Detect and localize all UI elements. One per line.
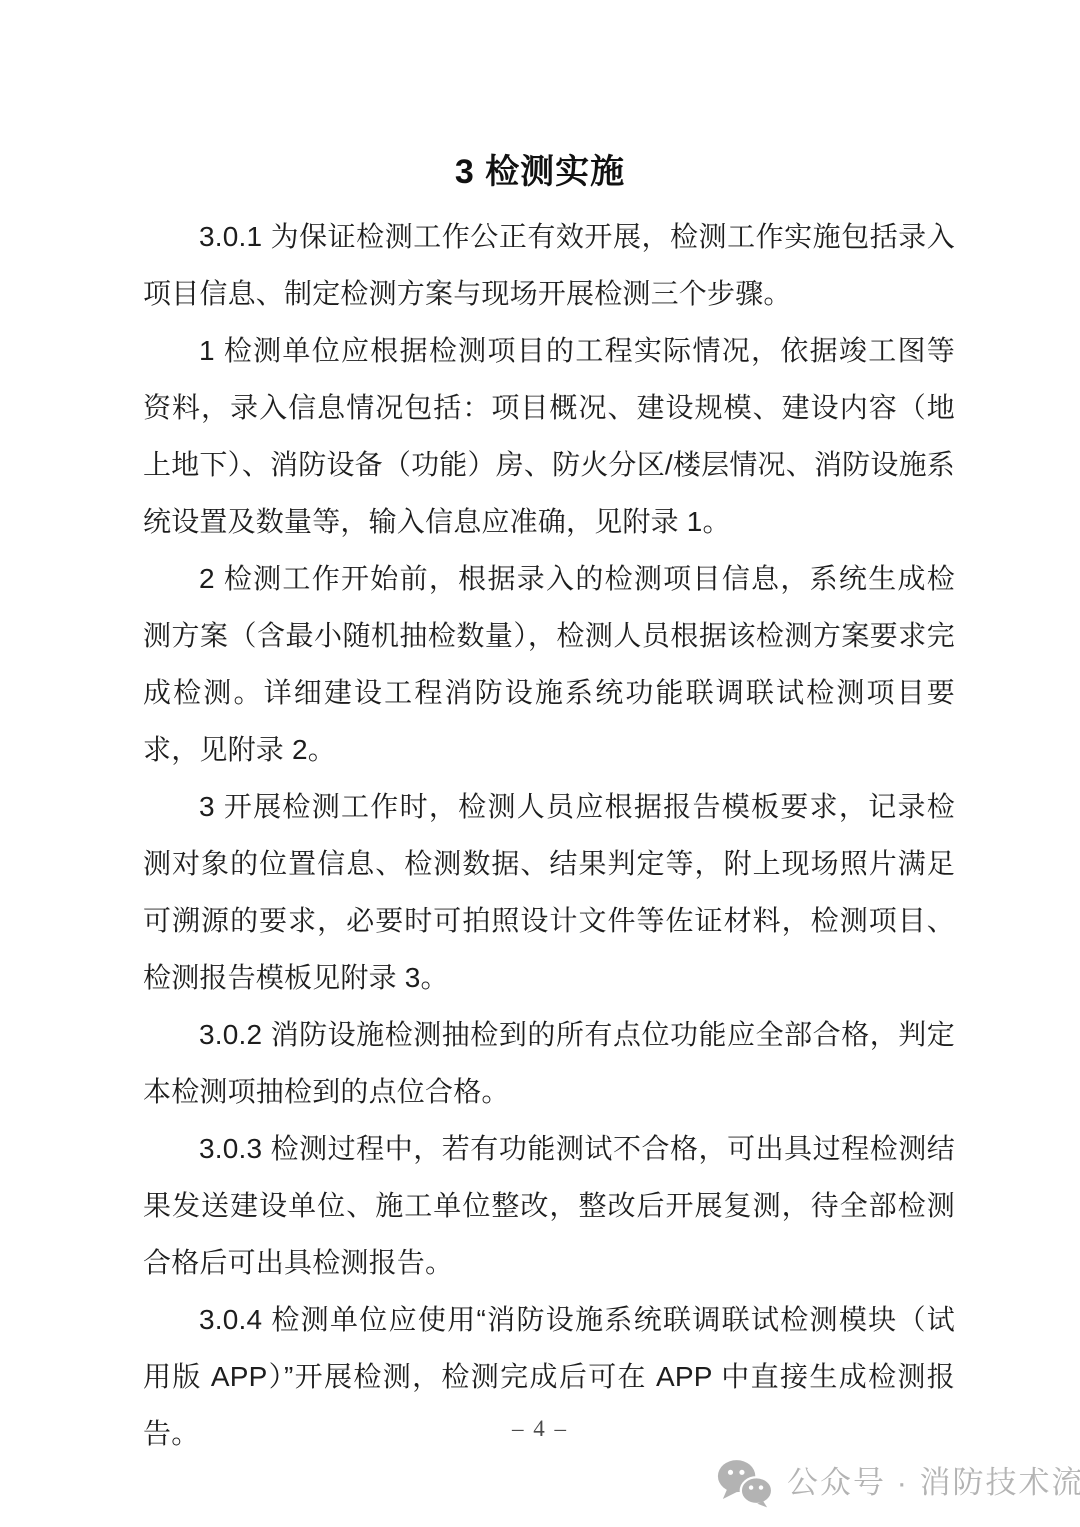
document-page: 3 检测实施 3.0.1 为保证检测工作公正有效开展，检测工作实施包括录入项目信… xyxy=(0,0,1080,1527)
paragraph-3-0-1: 3.0.1 为保证检测工作公正有效开展，检测工作实施包括录入项目信息、制定检测方… xyxy=(143,208,955,322)
paragraph-3-0-3: 3.0.3 检测过程中，若有功能测试不合格，可出具过程检测结果发送建设单位、施工… xyxy=(143,1120,955,1291)
watermark: 公众号 · 消防技术流 xyxy=(716,1458,1080,1508)
paragraph-item-1: 1 检测单位应根据检测项目的工程实际情况，依据竣工图等资料，录入信息情况包括：项… xyxy=(143,322,955,550)
wechat-icon xyxy=(716,1458,774,1508)
paragraph-3-0-2: 3.0.2 消防设施检测抽检到的所有点位功能应全部合格，判定本检测项抽检到的点位… xyxy=(143,1006,955,1120)
paragraph-item-3: 3 开展检测工作时，检测人员应根据报告模板要求，记录检测对象的位置信息、检测数据… xyxy=(143,778,955,1006)
paragraph-item-2: 2 检测工作开始前，根据录入的检测项目信息，系统生成检测方案（含最小随机抽检数量… xyxy=(143,550,955,778)
watermark-label: 公众号 · 消防技术流 xyxy=(787,1459,1080,1507)
page-number: – 4 – xyxy=(0,1416,1080,1442)
section-title: 3 检测实施 xyxy=(0,0,1080,194)
document-body: 3.0.1 为保证检测工作公正有效开展，检测工作实施包括录入项目信息、制定检测方… xyxy=(143,208,955,1462)
